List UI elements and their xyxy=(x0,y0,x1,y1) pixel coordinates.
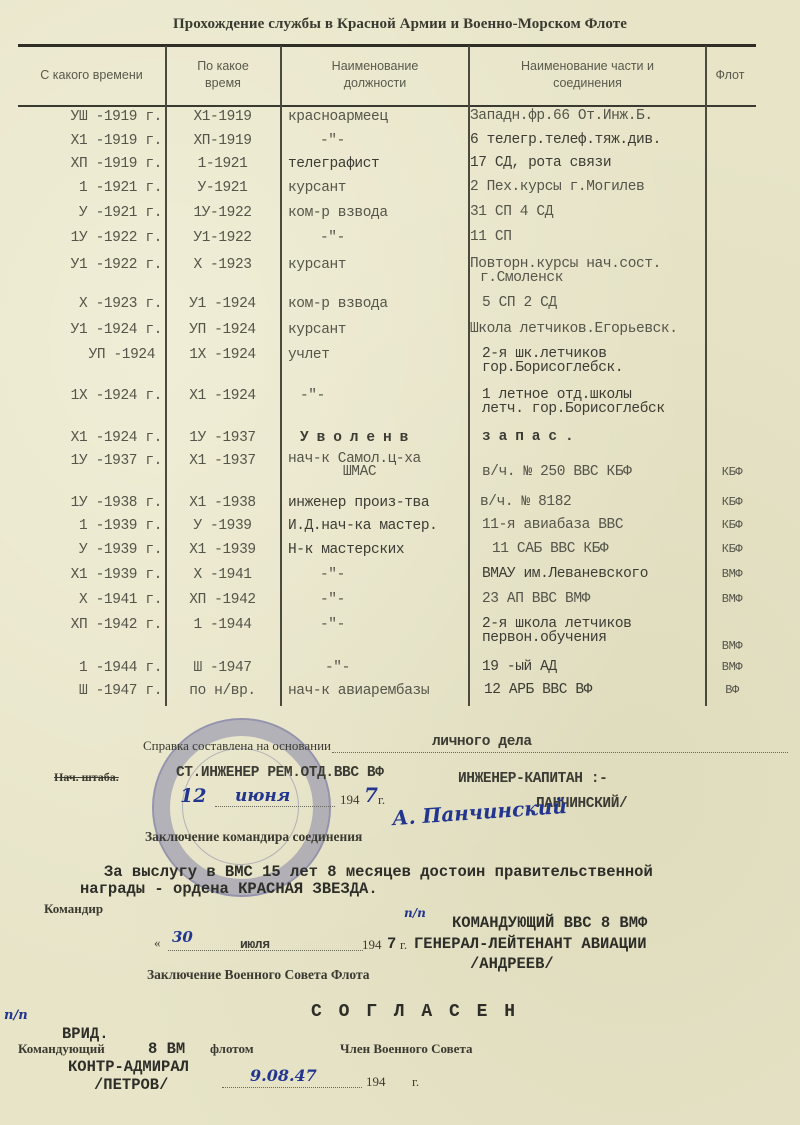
cell-from: У1 -1924 г. xyxy=(40,322,162,338)
commander-conclusion-text-line1: За выслугу в ВМС 15 лет 8 месяцев достои… xyxy=(104,863,653,881)
council-date-line xyxy=(222,1087,362,1088)
cell-to: УП -1924 xyxy=(170,322,275,338)
cell-fleet: ВМФ xyxy=(708,639,756,653)
cell-unit: 2 Пех.курсы г.Могилев xyxy=(470,180,760,194)
cell-unit: 31 СП 4 СД xyxy=(470,205,760,219)
cell-fleet: КБФ xyxy=(708,495,756,509)
column-header-to: По какое время xyxy=(180,58,266,92)
cell-from: 1 -1921 г. xyxy=(40,180,162,196)
cell-from: УШ -1919 г. xyxy=(40,109,162,125)
cell-position: красноармеец xyxy=(288,109,468,125)
cell-from: 1 -1939 г. xyxy=(40,518,162,534)
commander-conclusion-heading: Заключение командира соединения xyxy=(145,829,362,845)
commander-year-prefix: 194 xyxy=(362,937,382,953)
cell-from: 1У -1937 г. xyxy=(40,453,162,469)
cell-to: 1 -1944 xyxy=(170,617,275,633)
cell-position: У в о л е н в xyxy=(300,430,480,446)
cell-to: У -1939 xyxy=(170,518,275,534)
cell-unit: 17 СД, рота связи xyxy=(470,156,760,170)
cell-from: 1 -1944 г. xyxy=(40,660,162,676)
cell-position: -"- xyxy=(300,388,480,404)
cell-to: 1У -1937 xyxy=(170,430,275,446)
cell-from: Х -1923 г. xyxy=(40,296,162,312)
basis-label: Справка составлена на основании xyxy=(143,738,331,754)
cell-from: ХП -1919 г. xyxy=(40,156,162,172)
cell-position: учлет xyxy=(288,347,468,363)
position-line: ШМАС xyxy=(288,464,376,480)
commander-year-typed: 7 xyxy=(387,935,396,953)
cell-position: инженер произ-тва xyxy=(288,495,468,511)
council-member-label: Член Военного Совета xyxy=(340,1041,473,1057)
council-pp-handwritten: п/п xyxy=(4,1008,28,1023)
council-commander-label: Командующий xyxy=(18,1041,105,1057)
chief-year-handwritten: 7 xyxy=(364,783,378,807)
council-date-handwritten: 9.08.47 xyxy=(250,1066,317,1085)
cell-from: ХП -1942 г. xyxy=(40,617,162,633)
cell-unit: Школа летчиков.Егорьевск. xyxy=(470,322,760,336)
council-year-suffix: г. xyxy=(412,1074,419,1090)
basis-line xyxy=(332,752,788,753)
chief-date-line xyxy=(215,806,335,807)
cell-from: У -1939 г. xyxy=(40,542,162,558)
cell-to: Х1 -1937 xyxy=(170,453,275,469)
commander-month-typed: июля xyxy=(240,937,270,952)
cell-to: Х1 -1938 xyxy=(170,495,275,511)
cell-to: Ш -1947 xyxy=(170,660,275,676)
cell-fleet: КБФ xyxy=(708,465,756,479)
cell-from: 1У -1922 г. xyxy=(40,230,162,246)
council-rank-typed: КОНТР-АДМИРАЛ xyxy=(68,1058,189,1076)
commander-date-open-quote: « xyxy=(154,935,161,951)
cell-unit: Западн.фр.66 От.Инж.Б. xyxy=(470,109,760,123)
column-header-from: С какого времени xyxy=(18,67,165,84)
commander-name-typed: /АНДРЕЕВ/ xyxy=(470,955,554,973)
cell-fleet: ВМФ xyxy=(708,592,756,606)
table-top-rule xyxy=(18,44,756,47)
cell-from: УП -1924 xyxy=(40,347,155,363)
commander-day-handwritten: 30 xyxy=(172,928,193,946)
basis-value: личного дела xyxy=(432,734,532,750)
cell-position: И.Д.нач-ка мастер. xyxy=(288,518,468,534)
cell-to: У1 -1924 xyxy=(170,296,275,312)
chief-day-handwritten: 12 xyxy=(180,785,206,807)
council-year-prefix: 194 xyxy=(366,1074,386,1090)
cell-to: Х1-1919 xyxy=(170,109,275,125)
cell-from: У1 -1922 г. xyxy=(40,257,162,273)
chief-year-suffix: г. xyxy=(378,792,385,808)
chief-rank-typed: ИНЖЕНЕР-КАПИТАН :- xyxy=(458,771,607,787)
cell-to: по н/вр. xyxy=(170,683,275,699)
commander-title-typed: КОМАНДУЮЩИЙ ВВС 8 ВМФ xyxy=(452,914,647,932)
cell-fleet: ВМФ xyxy=(708,567,756,581)
cell-unit: 11 СП xyxy=(470,230,760,244)
page-title: Прохождение службы в Красной Армии и Вое… xyxy=(0,16,800,33)
cell-to: 1У-1922 xyxy=(170,205,275,221)
column-divider xyxy=(165,46,167,706)
cell-to: Х -1941 xyxy=(170,567,275,583)
cell-from: Х1 -1939 г. xyxy=(40,567,162,583)
cell-position: -"- xyxy=(320,567,500,583)
cell-position: телеграфист xyxy=(288,156,468,172)
commander-conclusion-text-line2: награды - ордена КРАСНАЯ ЗВЕЗДА. xyxy=(80,880,378,898)
cell-position: нач-к авиарембазы xyxy=(288,683,468,699)
cell-position: Н-к мастерских xyxy=(288,542,468,558)
cell-from: 1У -1938 г. xyxy=(40,495,162,511)
chief-year-prefix: 194 xyxy=(340,792,360,808)
table-header-rule xyxy=(18,105,756,107)
cell-position: курсант xyxy=(288,322,468,338)
cell-unit: 1 летное отд.школылетч. гор.Борисоглебск xyxy=(482,388,772,416)
cell-position: ком-р взвода xyxy=(288,296,468,312)
chief-signature: А. Панчинский xyxy=(391,794,567,830)
cell-from: У -1921 г. xyxy=(40,205,162,221)
cell-to: ХП -1942 xyxy=(170,592,275,608)
commander-rank-typed: ГЕНЕРАЛ-ЛЕЙТЕНАНТ АВИАЦИИ xyxy=(414,935,647,953)
cell-unit: 2-я шк.летчиковгор.Борисоглебск. xyxy=(482,347,772,375)
cell-to: 1Х -1924 xyxy=(170,347,275,363)
cell-unit: Повторн.курсы нач.сост.г.Смоленск xyxy=(470,257,760,285)
cell-position: курсант xyxy=(288,180,468,196)
commander-label: Командир xyxy=(44,901,103,917)
cell-position: -"- xyxy=(325,660,505,676)
cell-to: Х -1923 xyxy=(170,257,275,273)
cell-position: ком-р взвода xyxy=(288,205,468,221)
cell-position: курсант xyxy=(288,257,468,273)
unit-line: гор.Борисоглебск. xyxy=(482,360,623,376)
chief-month-handwritten: июня xyxy=(235,786,290,806)
cell-from: Х1 -1919 г. xyxy=(40,133,162,149)
commander-pp-handwritten: п/п xyxy=(404,906,426,920)
cell-unit: з а п а с . xyxy=(482,430,772,444)
cell-unit: 5 СП 2 СД xyxy=(482,296,772,310)
cell-fleet: ВМФ xyxy=(708,660,756,674)
cell-from: 1Х -1924 г. xyxy=(40,388,162,404)
column-header-fleet: Флот xyxy=(705,67,755,84)
council-name-typed: /ПЕТРОВ/ xyxy=(94,1076,168,1094)
cell-to: 1-1921 xyxy=(170,156,275,172)
cell-to: У-1921 xyxy=(170,180,275,196)
council-fleet-label: флотом xyxy=(210,1041,254,1057)
cell-to: Х1 -1939 xyxy=(170,542,275,558)
cell-from: Х -1941 г. xyxy=(40,592,162,608)
cell-from: Ш -1947 г. xyxy=(40,683,162,699)
cell-to: ХП-1919 xyxy=(170,133,275,149)
council-conclusion-heading: Заключение Военного Совета Флота xyxy=(147,967,370,983)
cell-to: Х1 -1924 xyxy=(170,388,275,404)
unit-line: летч. гор.Борисоглебск xyxy=(482,401,665,417)
cell-fleet: КБФ xyxy=(708,518,756,532)
council-decision: С О Г Л А С Е Н xyxy=(311,1002,518,1022)
unit-line: г.Смоленск xyxy=(470,270,563,286)
cell-position: -"- xyxy=(320,617,500,633)
commander-year-suffix: г. xyxy=(400,937,407,953)
column-header-unit: Наименование части и соединения xyxy=(490,58,685,92)
cell-position: нач-к Самол.ц-хаШМАС xyxy=(288,453,468,479)
cell-position: -"- xyxy=(320,592,500,608)
cell-fleet: КБФ xyxy=(708,542,756,556)
column-header-position: Наименование должности xyxy=(310,58,440,92)
unit-line: первон.обучения xyxy=(482,630,607,646)
chief-of-staff-label: Нач. штаба. xyxy=(54,770,119,785)
cell-to: У1-1922 xyxy=(170,230,275,246)
cell-unit: 6 телегр.телеф.тяж.див. xyxy=(470,133,760,147)
chief-title-typed: СТ.ИНЖЕНЕР РЕМ.ОТД.ВВС ВФ xyxy=(176,765,384,781)
cell-from: Х1 -1924 г. xyxy=(40,430,162,446)
column-divider xyxy=(280,46,282,706)
cell-fleet: ВФ xyxy=(708,683,756,697)
council-fleet-number: 8 ВМ xyxy=(148,1040,185,1058)
